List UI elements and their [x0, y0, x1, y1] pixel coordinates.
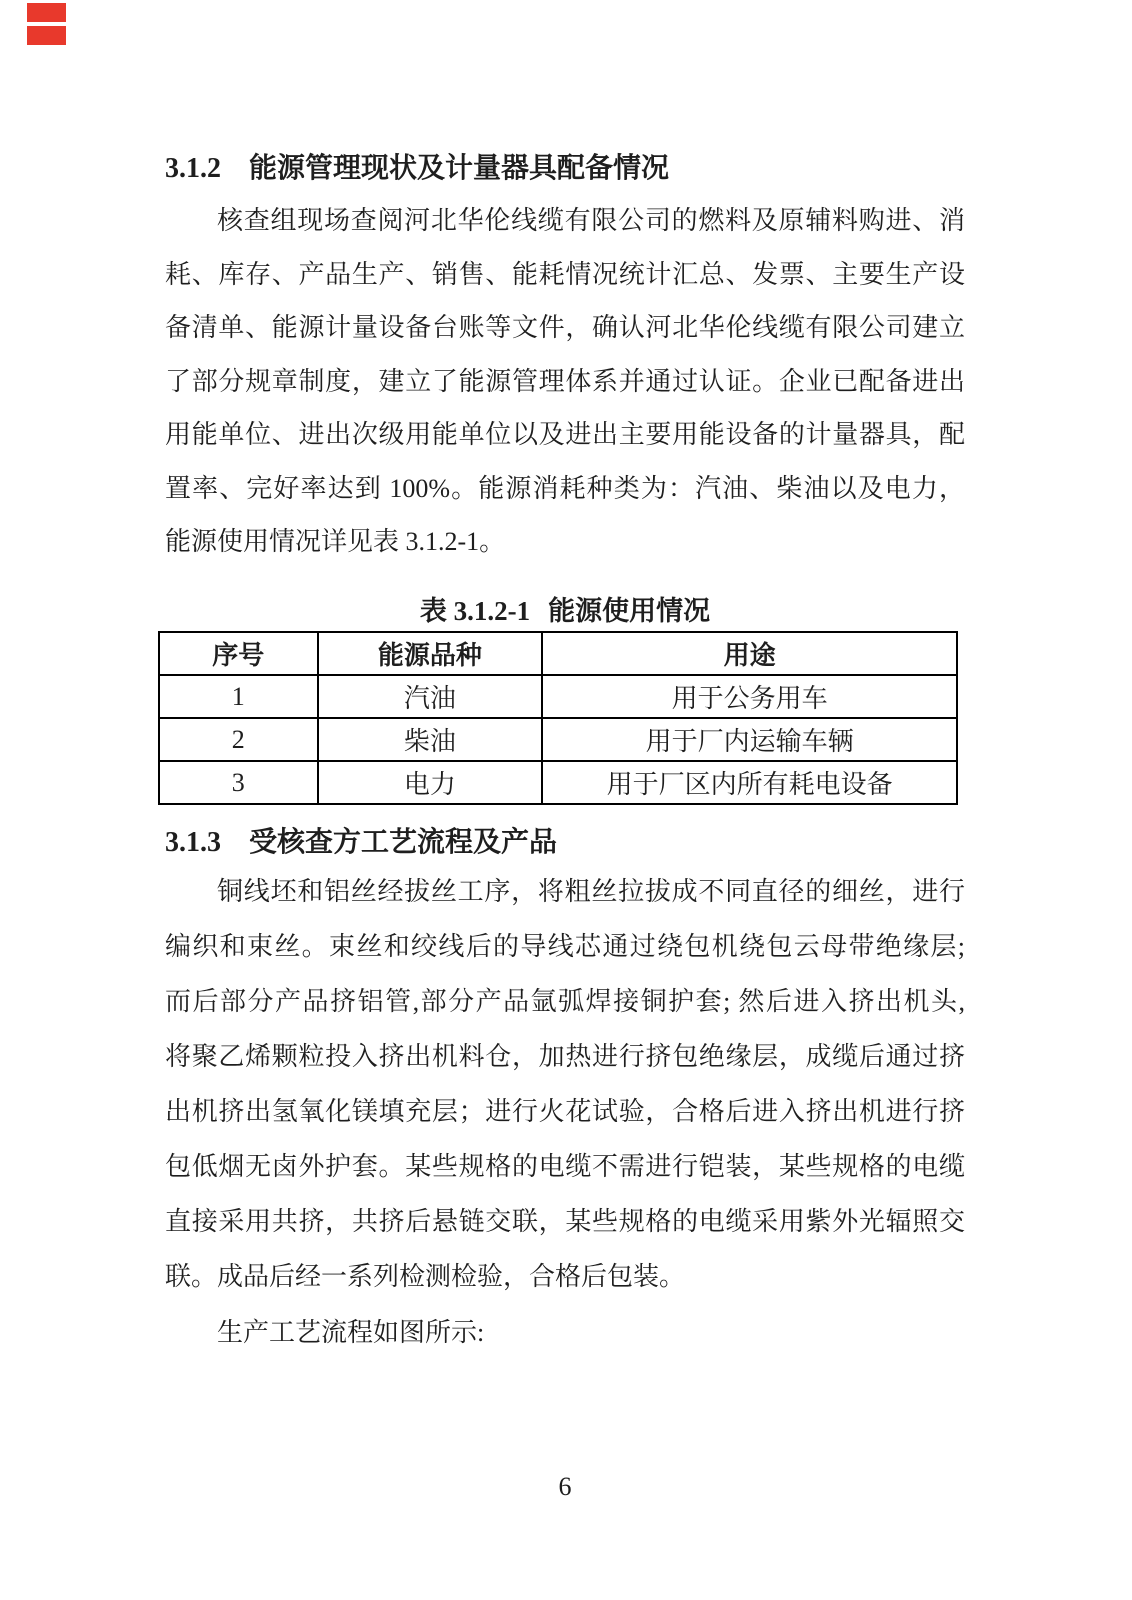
cell-usage: 用于公务用车: [542, 675, 957, 718]
table-row: 2 柴油 用于厂内运输车辆: [159, 718, 957, 761]
cell-energy: 柴油: [318, 718, 543, 761]
text-line: 生产工艺流程如图所示:: [165, 1306, 965, 1359]
cell-index: 3: [159, 761, 318, 804]
text-line: 编织和束丝。束丝和绞线后的导线芯通过绕包机绕包云母带绝缘层;: [165, 919, 965, 974]
text-line: 备清单、能源计量设备台账等文件，确认河北华伦线缆有限公司建立: [165, 301, 965, 355]
text-line: 置率、完好率达到 100%。能源消耗种类为：汽油、柴油以及电力，: [165, 462, 965, 516]
text-line: 联。成品后经一系列检测检验，合格后包装。: [165, 1249, 965, 1304]
paragraph-process-flow: 铜线坯和铝丝经拔丝工序，将粗丝拉拔成不同直径的细丝，进行 编织和束丝。束丝和绞线…: [165, 864, 965, 1304]
cell-index: 1: [159, 675, 318, 718]
column-header-usage: 用途: [542, 632, 957, 675]
page-content: 3.1.2能源管理现状及计量器具配备情况 核查组现场查阅河北华伦线缆有限公司的燃…: [165, 0, 965, 1600]
energy-use-table: 序号 能源品种 用途 1 汽油 用于公务用车 2 柴油 用于厂内运输车辆 3 电…: [158, 631, 958, 805]
table-caption: 表 3.1.2-1能源使用情况: [165, 589, 965, 628]
text-line: 核查组现场查阅河北华伦线缆有限公司的燃料及原辅料购进、消: [165, 194, 965, 248]
paragraph-closing: 生产工艺流程如图所示:: [165, 1306, 965, 1359]
table-row: 3 电力 用于厂区内所有耗电设备: [159, 761, 957, 804]
section-title: 能源管理现状及计量器具配备情况: [249, 153, 669, 184]
document-page: 3.1.2能源管理现状及计量器具配备情况 核查组现场查阅河北华伦线缆有限公司的燃…: [0, 0, 1132, 1600]
section-heading-313: 3.1.3受核查方工艺流程及产品: [165, 820, 557, 860]
text-line: 用能单位、进出次级用能单位以及进出主要用能设备的计量器具，配: [165, 408, 965, 462]
text-line: 出机挤出氢氧化镁填充层；进行火花试验，合格后进入挤出机进行挤: [165, 1084, 965, 1139]
cell-energy: 汽油: [318, 675, 543, 718]
cell-index: 2: [159, 718, 318, 761]
text-line: 直接采用共挤，共挤后悬链交联，某些规格的电缆采用紫外光辐照交: [165, 1194, 965, 1249]
text-line: 耗、库存、产品生产、销售、能耗情况统计汇总、发票、主要生产设: [165, 248, 965, 302]
red-stamp-fragment-icon: [27, 26, 66, 45]
section-title: 受核查方工艺流程及产品: [249, 827, 557, 858]
text-line: 了部分规章制度，建立了能源管理体系并通过认证。企业已配备进出: [165, 355, 965, 409]
table-caption-label: 表 3.1.2-1: [420, 596, 530, 626]
text-line: 能源使用情况详见表 3.1.2-1。: [165, 515, 965, 569]
cell-usage: 用于厂区内所有耗电设备: [542, 761, 957, 804]
text-line: 铜线坯和铝丝经拔丝工序，将粗丝拉拔成不同直径的细丝，进行: [165, 864, 965, 919]
page-number: 6: [165, 1472, 965, 1502]
cell-usage: 用于厂内运输车辆: [542, 718, 957, 761]
table-header-row: 序号 能源品种 用途: [159, 632, 957, 675]
paragraph-energy-management: 核查组现场查阅河北华伦线缆有限公司的燃料及原辅料购进、消 耗、库存、产品生产、销…: [165, 194, 965, 569]
table-row: 1 汽油 用于公务用车: [159, 675, 957, 718]
red-stamp-fragment-icon: [27, 3, 66, 22]
text-line: 而后部分产品挤铝管,部分产品氩弧焊接铜护套; 然后进入挤出机头,: [165, 974, 965, 1029]
cell-energy: 电力: [318, 761, 543, 804]
column-header-index: 序号: [159, 632, 318, 675]
column-header-energy: 能源品种: [318, 632, 543, 675]
section-heading-312: 3.1.2能源管理现状及计量器具配备情况: [165, 146, 669, 186]
section-number: 3.1.3: [165, 827, 221, 858]
text-line: 包低烟无卤外护套。某些规格的电缆不需进行铠装，某些规格的电缆: [165, 1139, 965, 1194]
table-caption-title: 能源使用情况: [548, 596, 710, 626]
section-number: 3.1.2: [165, 153, 221, 184]
text-line: 将聚乙烯颗粒投入挤出机料仓，加热进行挤包绝缘层，成缆后通过挤: [165, 1029, 965, 1084]
